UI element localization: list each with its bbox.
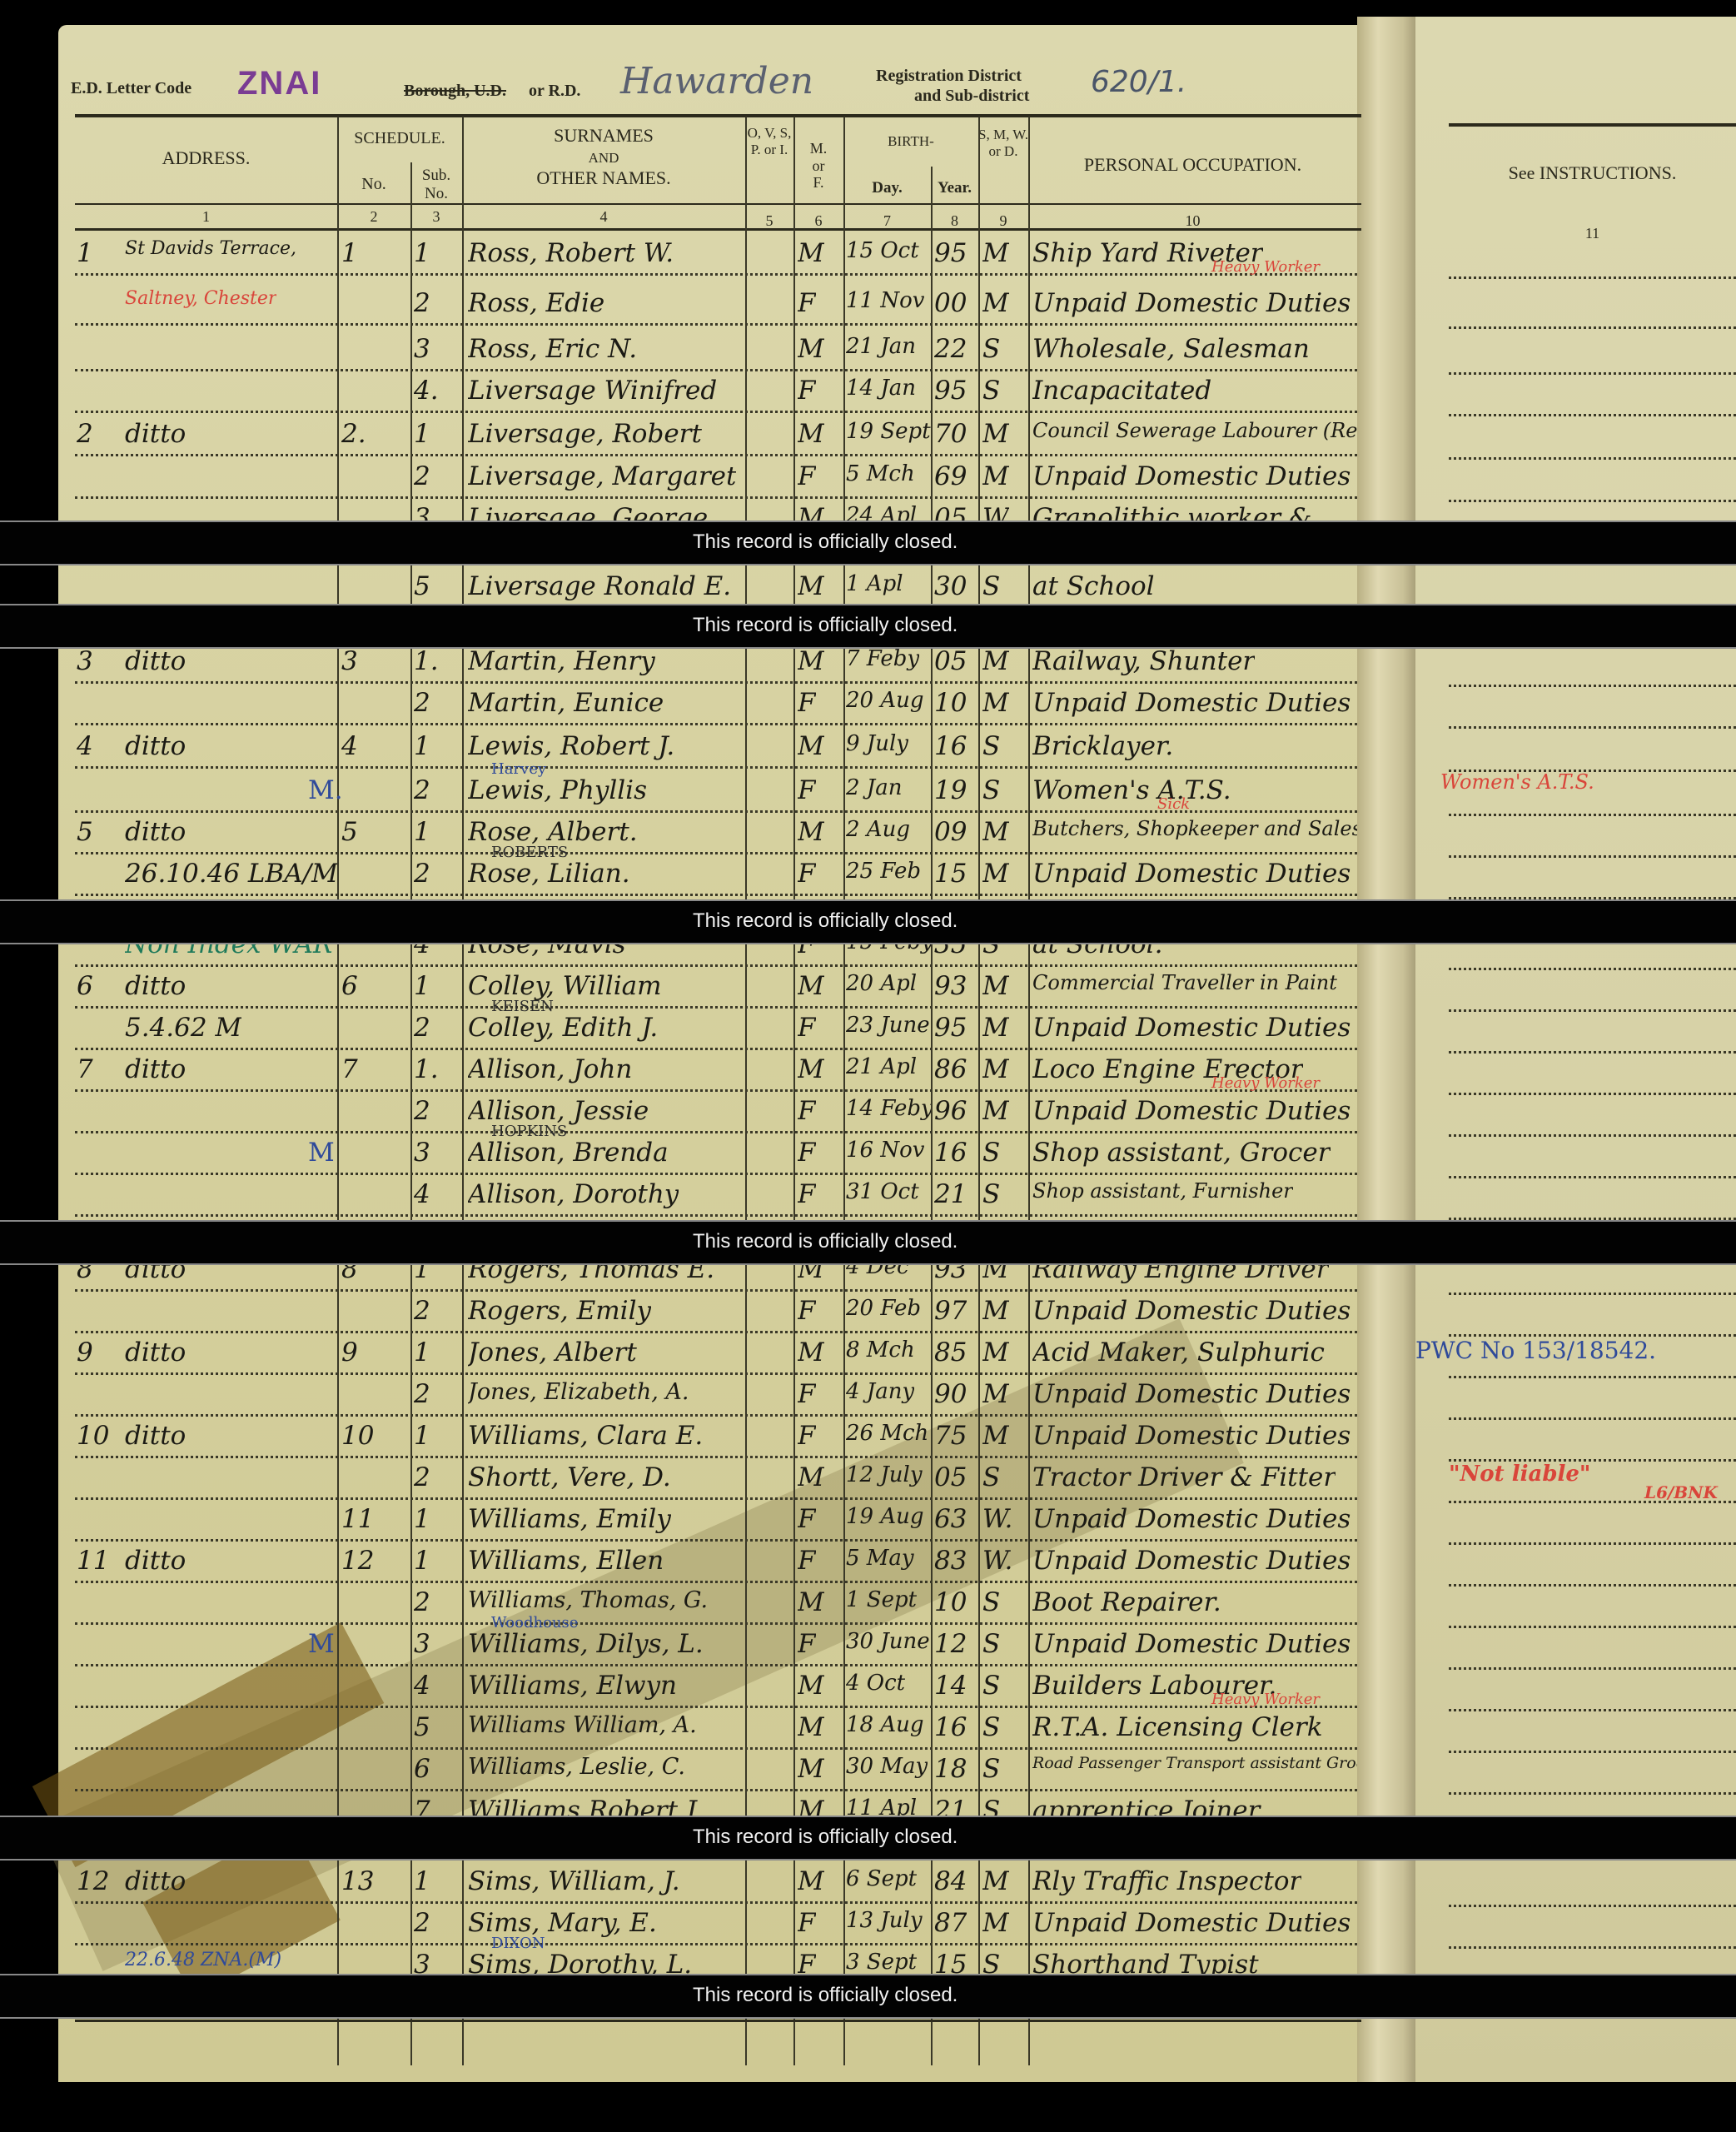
cell-year: 15	[934, 859, 967, 889]
cell-name: Martin, Henry	[468, 646, 655, 676]
cell-sex: F	[798, 775, 816, 805]
column-header-day: Day.	[843, 179, 931, 197]
sex-or: or	[813, 157, 825, 174]
cell-sub: 2	[414, 859, 430, 889]
cell-address: ditto	[125, 817, 186, 847]
cell-sched: 1	[341, 238, 358, 268]
cell-marital: M	[982, 1379, 1009, 1409]
cell-line: 1	[77, 238, 93, 268]
column-header-ovspi: O, V, S, P. or I.	[745, 125, 793, 157]
cell-sex: F	[798, 688, 816, 718]
cell-sub: 1	[414, 1546, 430, 1576]
cell-sub: 3	[414, 1629, 430, 1659]
cell-year: 95	[934, 1013, 967, 1043]
cell-marital: S	[982, 775, 1000, 805]
cell-line: 3	[77, 646, 93, 676]
cell-name: Williams, Elwyn	[468, 1671, 677, 1701]
column-header-marital: S, M, W. or D.	[978, 127, 1028, 159]
row-rule	[75, 1289, 1357, 1292]
row-rule	[75, 1943, 1357, 1945]
closed-record-band: This record is officially closed.	[0, 1974, 1736, 2019]
cell-marital: S	[982, 1629, 1000, 1659]
cell-sub: 1	[414, 238, 430, 268]
cell-sub: 3	[414, 1138, 430, 1168]
cell-sub: 5	[414, 1712, 430, 1742]
cell-occupation: Unpaid Domestic Duties	[1032, 1013, 1350, 1043]
row-rule	[75, 1048, 1357, 1050]
row-rule	[75, 766, 1357, 769]
cell-marital: S	[982, 1754, 1000, 1784]
cell-sub: 1.	[414, 646, 439, 676]
cell-occupation: Unpaid Domestic Duties	[1032, 1096, 1350, 1126]
closed-record-notice: This record is officially closed.	[693, 1984, 958, 2007]
cell-sex: M	[798, 817, 824, 847]
cell-sched: 2.	[341, 419, 366, 449]
cell-marital: S	[982, 571, 1000, 601]
cell-line: 5	[77, 817, 93, 847]
cell-year: 93	[934, 971, 967, 1001]
right-page-rule	[1449, 1751, 1736, 1753]
right-page-rule	[1449, 1376, 1736, 1378]
cell-year: 05	[934, 1462, 967, 1492]
cell-day: 19 Aug	[846, 1504, 924, 1529]
cell-day: 20 Feb	[846, 1296, 921, 1321]
cell-name: Ross, Edie	[468, 288, 604, 318]
cell-sub: 1	[414, 731, 430, 761]
column-number-8: 8	[931, 212, 978, 230]
column-number-6: 6	[793, 212, 843, 230]
cell-day: 4 Jany	[846, 1379, 914, 1404]
registration-district-value: 620/1.	[1091, 65, 1186, 99]
row-rule	[75, 681, 1357, 684]
row-rule	[75, 1622, 1357, 1625]
right-header-rule	[1449, 123, 1736, 127]
cell-sched: 6	[341, 971, 358, 1001]
row-rule	[75, 1089, 1357, 1092]
cell-occupation: Incapacitated	[1032, 376, 1211, 406]
cell-marital: M	[982, 859, 1009, 889]
cell-sex: M	[798, 1462, 824, 1492]
cell-marital: S	[982, 1138, 1000, 1168]
row-rule	[75, 1214, 1357, 1217]
col-divider	[410, 162, 412, 2065]
cell-sex: M	[798, 1712, 824, 1742]
cell-line: 7	[77, 1054, 93, 1084]
cell-day: 16 Nov	[846, 1138, 924, 1163]
name-correction: Woodhouse	[491, 1614, 578, 1631]
row-rule	[75, 1747, 1357, 1750]
cell-year: 30	[934, 571, 967, 601]
right-page-rule	[1449, 1542, 1736, 1545]
closed-record-band: This record is officially closed.	[0, 899, 1736, 944]
cell-marital: W.	[982, 1546, 1012, 1576]
cell-day: 6 Sept	[846, 1866, 917, 1891]
borough-value: Hawarden	[620, 60, 813, 102]
cell-day: 1 Sept	[846, 1587, 917, 1612]
cell-name: Ross, Robert W.	[468, 238, 674, 268]
borough-label-struck: Borough, U.D.	[404, 82, 506, 101]
row-rule	[75, 1414, 1357, 1417]
cell-year: 21	[934, 1179, 967, 1209]
right-page-rule	[1449, 1792, 1736, 1795]
cell-sub: 2	[414, 288, 430, 318]
closed-record-notice: This record is officially closed.	[693, 531, 958, 554]
cell-occupation: Unpaid Domestic Duties	[1032, 461, 1350, 491]
cell-day: 25 Feb	[846, 859, 921, 884]
column-header-sub-no: Sub.No.	[410, 167, 462, 203]
cell-name: Williams, Thomas, G.	[468, 1587, 708, 1613]
right-page-rule	[1449, 276, 1736, 279]
cell-address: M	[308, 1138, 335, 1168]
column-header-schedule: SCHEDULE.	[337, 129, 462, 148]
row-rule	[75, 496, 1357, 499]
cell-year: 95	[934, 376, 967, 406]
registration-district-label: Registration District	[876, 67, 1022, 86]
cell-sex: F	[798, 1546, 816, 1576]
column-header-year: Year.	[931, 179, 978, 197]
name-correction: Harvey	[491, 760, 546, 778]
right-page-rule	[1449, 414, 1736, 416]
cell-name: Sims, William, J.	[468, 1866, 680, 1896]
ed-letter-code-value: ZNAI	[237, 65, 321, 102]
cell-sex: M	[798, 646, 824, 676]
cell-sched: 5	[341, 817, 358, 847]
cell-occupation: Railway, Shunter	[1032, 646, 1255, 676]
cell-sex: M	[798, 1054, 824, 1084]
cell-sub: 2	[414, 1379, 430, 1409]
cell-day: 12 July	[846, 1462, 923, 1487]
cell-sub: 2	[414, 688, 430, 718]
closed-record-band: This record is officially closed.	[0, 604, 1736, 649]
cell-marital: M	[982, 1013, 1009, 1043]
cell-marital: M	[982, 1908, 1009, 1938]
cell-sub: 1	[414, 1866, 430, 1896]
cell-year: 83	[934, 1546, 967, 1576]
cell-year: 16	[934, 1712, 967, 1742]
cell-day: 18 Aug	[846, 1712, 924, 1737]
column-number-3: 3	[410, 208, 462, 226]
cell-day: 5 Mch	[846, 461, 915, 486]
cell-sex: F	[798, 1296, 816, 1326]
cell-name: Allison, Dorothy	[468, 1179, 679, 1209]
cell-occupation: Unpaid Domestic Duties	[1032, 1296, 1350, 1326]
ed-letter-code-label: E.D. Letter Code	[71, 79, 192, 98]
cell-line: 9	[77, 1337, 93, 1367]
cell-sched: 9	[341, 1337, 358, 1367]
right-page-rule	[1449, 1417, 1736, 1420]
cell-sex: F	[798, 1421, 816, 1451]
cell-year: 85	[934, 1337, 967, 1367]
cell-occupation: Bricklayer.	[1032, 731, 1173, 761]
cell-year: 22	[934, 334, 967, 364]
cell-sex: F	[798, 1138, 816, 1168]
cell-sex: F	[798, 1096, 816, 1126]
cell-sub: 4	[414, 1179, 430, 1209]
name-correction: ROBERTS	[491, 844, 568, 861]
cell-sex: F	[798, 288, 816, 318]
cell-occupation: Boot Repairer.	[1032, 1587, 1221, 1617]
row-rule	[75, 852, 1357, 854]
cell-marital: M	[982, 817, 1009, 847]
cell-occupation: Women's A.T.S.	[1032, 775, 1231, 805]
cell-year: 10	[934, 1587, 967, 1617]
right-page-rule	[1449, 968, 1736, 970]
cell-sched: 7	[341, 1054, 358, 1084]
column-number-4: 4	[462, 208, 745, 226]
cell-day: 19 Sept	[846, 419, 931, 444]
occupation-annotation: Heavy Worker	[1211, 1074, 1320, 1092]
cell-day: 3 Sept	[846, 1950, 917, 1975]
row-rule	[75, 1581, 1357, 1583]
cell-name: Colley, William	[468, 971, 662, 1001]
cell-marital: S	[982, 1712, 1000, 1742]
right-page-rule	[1449, 1051, 1736, 1054]
column-header-occupation: PERSONAL OCCUPATION.	[1028, 154, 1357, 175]
cell-year: 00	[934, 288, 967, 318]
cell-year: 63	[934, 1504, 967, 1534]
cell-occupation: Unpaid Domestic Duties	[1032, 1504, 1350, 1534]
cell-occupation: Commercial Traveller in Paint	[1032, 971, 1337, 994]
cell-sub: 4.	[414, 376, 439, 406]
header-rule	[75, 114, 1361, 117]
surnames-label: SURNAMES	[554, 125, 654, 146]
cell-sex: F	[798, 1629, 816, 1659]
cell-sched: 3	[341, 646, 358, 676]
cell-occupation: Butchers, Shopkeeper and Salesman.	[1032, 817, 1357, 840]
cell-name: Martin, Eunice	[468, 688, 664, 718]
row-rule	[75, 1372, 1357, 1375]
cell-name: Rose, Albert.	[468, 817, 638, 847]
cell-year: 16	[934, 1138, 967, 1168]
cell-day: 5 May	[846, 1546, 914, 1571]
cell-name: Williams, Clara E.	[468, 1421, 703, 1451]
cell-name: Allison, John	[468, 1054, 632, 1084]
cell-address: 22.6.48 ZNA.(M)	[125, 1950, 281, 1970]
cell-address: ditto	[125, 731, 186, 761]
cell-day: 20 Aug	[846, 688, 924, 713]
other-names-label: OTHER NAMES.	[536, 167, 670, 188]
cell-occupation: Unpaid Domestic Duties	[1032, 1379, 1350, 1409]
cell-sched: 4	[341, 731, 358, 761]
cell-marital: S	[982, 731, 1000, 761]
cell-occupation: at School	[1032, 571, 1155, 601]
right-page-rule	[1449, 726, 1736, 729]
cell-address: ditto	[125, 646, 186, 676]
right-page-rule	[1449, 1176, 1736, 1178]
cell-name: Williams, Dilys, L.	[468, 1629, 704, 1659]
cell-sex: M	[798, 334, 824, 364]
right-page-rule	[1449, 1709, 1736, 1711]
right-page-rule	[1449, 1009, 1736, 1012]
cell-marital: M	[982, 1421, 1009, 1451]
cell-address: ditto	[125, 1546, 186, 1576]
cell-occupation: Unpaid Domestic Duties	[1032, 1629, 1350, 1659]
column-header-instructions: See INSTRUCTIONS.	[1449, 162, 1736, 183]
column-number-1: 1	[75, 208, 337, 226]
cell-day: 14 Feby	[846, 1096, 931, 1121]
cell-year: 18	[934, 1754, 967, 1784]
cell-occupation: Unpaid Domestic Duties	[1032, 688, 1350, 718]
cell-marital: M	[982, 1096, 1009, 1126]
cell-sex: M	[798, 971, 824, 1001]
cell-year: 69	[934, 461, 967, 491]
cell-year: 70	[934, 419, 967, 449]
row-rule	[75, 1173, 1357, 1175]
sub-label: Sub.	[422, 167, 450, 184]
cell-day: 2 Aug	[846, 817, 910, 842]
cell-marital: S	[982, 1587, 1000, 1617]
cell-day: 21 Apl	[846, 1054, 917, 1079]
cell-sub: 1	[414, 817, 430, 847]
cell-sex: M	[798, 1754, 824, 1784]
cell-address: 5.4.62 M	[125, 1013, 241, 1043]
cell-sub: 2	[414, 1013, 430, 1043]
row-rule	[75, 323, 1357, 326]
cell-sex: M	[798, 1337, 824, 1367]
row-rule	[75, 723, 1357, 725]
cell-name: Liversage Winifred	[468, 376, 717, 406]
cell-name: Allison, Jessie	[468, 1096, 649, 1126]
row-rule	[75, 894, 1357, 896]
cell-day: 8 Mch	[846, 1337, 915, 1362]
cell-address: ditto	[125, 419, 186, 449]
cell-marital: M	[982, 238, 1009, 268]
cell-year: 86	[934, 1054, 967, 1084]
cell-marital: S	[982, 1462, 1000, 1492]
cell-day: 23 June	[846, 1013, 930, 1038]
cell-marital: M	[982, 971, 1009, 1001]
closed-record-notice: This record is officially closed.	[693, 1826, 958, 1849]
cell-marital: M	[982, 1054, 1009, 1084]
column-number-11: 11	[1449, 225, 1736, 242]
cell-sex: F	[798, 1179, 816, 1209]
cell-sub: 2	[414, 1096, 430, 1126]
right-page-rule	[1449, 1093, 1736, 1095]
cell-sub: 1.	[414, 1054, 439, 1084]
cell-sub: 4	[414, 1671, 430, 1701]
and-label: AND	[589, 150, 619, 166]
cell-name: Jones, Albert	[468, 1337, 637, 1367]
cell-sub: 6	[414, 1754, 430, 1784]
closed-record-notice: This record is officially closed.	[693, 614, 958, 637]
cell-year: 87	[934, 1908, 967, 1938]
cell-day: 30 May	[846, 1754, 928, 1779]
cell-name: Williams, Leslie, C.	[468, 1754, 685, 1780]
cell-name: Rogers, Emily	[468, 1296, 651, 1326]
cell-line: 4	[77, 731, 93, 761]
cell-sched: 13	[341, 1866, 374, 1896]
closed-record-notice: This record is officially closed.	[693, 1230, 958, 1253]
cell-name: Ross, Eric N.	[468, 334, 637, 364]
cell-year: 14	[934, 1671, 967, 1701]
cell-sub: 1	[414, 419, 430, 449]
right-page-rule	[1449, 457, 1736, 460]
column-header-sched-no: No.	[337, 175, 410, 194]
cell-sex: F	[798, 1379, 816, 1409]
cell-occupation: Unpaid Domestic Duties	[1032, 288, 1350, 318]
cell-name: Sims, Mary, E.	[468, 1908, 657, 1938]
cell-address: ditto	[125, 1421, 186, 1451]
cell-sex: M	[798, 238, 824, 268]
cell-occupation: Acid Maker, Sulphuric	[1032, 1337, 1325, 1367]
cell-name: Williams William, A.	[468, 1712, 697, 1738]
row-rule	[75, 1006, 1357, 1009]
right-note-pwc: PWC No 153/18542.	[1415, 1337, 1656, 1364]
right-page-rule	[1449, 372, 1736, 375]
closed-record-band: This record is officially closed.	[0, 1816, 1736, 1861]
cell-year: 16	[934, 731, 967, 761]
cell-address: ditto	[125, 971, 186, 1001]
body-top-rule	[75, 228, 1361, 231]
sex-f: F.	[813, 174, 823, 191]
closed-record-band: This record is officially closed.	[0, 1220, 1736, 1265]
cell-address: ditto	[125, 1054, 186, 1084]
cell-marital: S	[982, 1671, 1000, 1701]
cell-day: 9 July	[846, 731, 908, 756]
cell-sched: 10	[341, 1421, 374, 1451]
cell-occupation: Shop assistant, Grocer	[1032, 1138, 1331, 1168]
cell-day: 11 Nov	[846, 288, 924, 313]
row-rule	[75, 1706, 1357, 1708]
cell-name: Lewis, Robert J.	[468, 731, 674, 761]
cell-sub: 2	[414, 1462, 430, 1492]
cell-marital: M	[982, 419, 1009, 449]
cell-day: 30 June	[846, 1629, 930, 1654]
cell-name: Lewis, Phyllis	[468, 775, 647, 805]
cell-marital: M	[982, 288, 1009, 318]
column-number-2: 2	[337, 208, 410, 226]
cell-year: 95	[934, 238, 967, 268]
cell-occupation: Rly Traffic Inspector	[1032, 1866, 1301, 1896]
cell-occupation: Unpaid Domestic Duties	[1032, 1546, 1350, 1576]
column-header-names: SURNAMESANDOTHER NAMES.	[462, 125, 745, 188]
column-header-sex: M.orF.	[793, 140, 843, 192]
right-page-rule	[1449, 855, 1736, 858]
right-page-rule	[1449, 1905, 1736, 1907]
cell-sex: F	[798, 1013, 816, 1043]
cell-name: Jones, Elizabeth, A.	[468, 1379, 689, 1405]
right-page-rule	[1449, 1134, 1736, 1137]
cell-sub: 5	[414, 571, 430, 601]
cell-day: 26 Mch	[846, 1421, 928, 1446]
cell-day: 15 Oct	[846, 238, 919, 263]
cell-sex: M	[798, 571, 824, 601]
cell-occupation: Road Passenger Transport assistant Groce…	[1032, 1754, 1357, 1772]
cell-name: Shortt, Vere, D.	[468, 1462, 671, 1492]
cell-address: 26.10.46 LBA/M	[125, 859, 337, 889]
right-note-not-liable: "Not liable"	[1449, 1462, 1590, 1487]
right-page-rule	[1449, 1667, 1736, 1670]
cell-occupation: Unpaid Domestic Duties	[1032, 1421, 1350, 1451]
cell-name: Liversage, Robert	[468, 419, 702, 449]
row-rule	[75, 1901, 1357, 1904]
cell-marital: M	[982, 1866, 1009, 1896]
column-number-7: 7	[843, 212, 931, 230]
column-header-birth: BIRTH-	[843, 133, 978, 150]
col-divider	[931, 167, 933, 2065]
cell-year: 10	[934, 688, 967, 718]
right-note-l6-bnk: L6/BNK	[1644, 1482, 1718, 1502]
cell-day: 7 Feby	[846, 646, 919, 671]
column-number-10: 10	[1028, 212, 1357, 230]
cell-day: 4 Oct	[846, 1671, 905, 1696]
bottom-rule	[75, 2020, 1361, 2022]
right-page-rule	[1449, 814, 1736, 816]
column-header-address: ADDRESS.	[75, 147, 337, 168]
cell-sched: 12	[341, 1546, 374, 1576]
cell-sex: F	[798, 859, 816, 889]
borough-label: or R.D.	[529, 82, 580, 101]
